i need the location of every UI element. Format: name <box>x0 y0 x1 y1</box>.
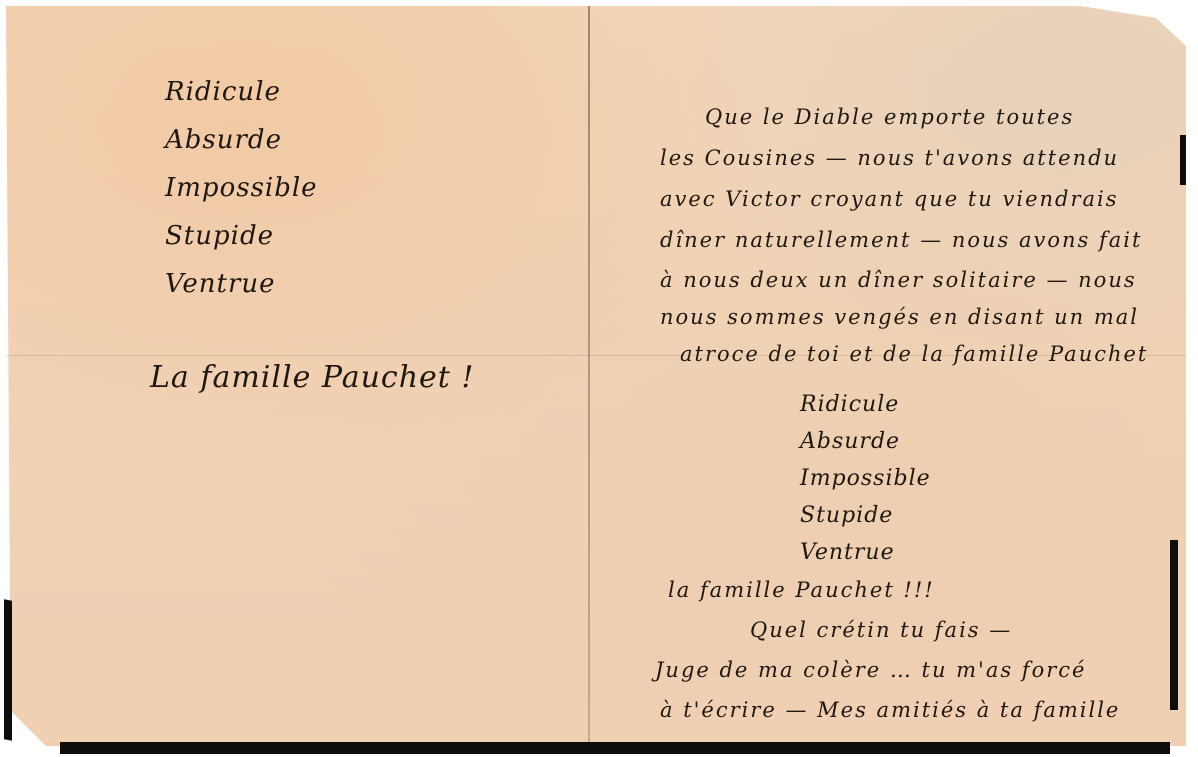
right-word: Ventrue <box>800 534 931 571</box>
left-word-list: Ridicule Absurde Impossible Stupide Vent… <box>165 68 318 308</box>
paragraph-line: avec Victor croyant que tu viendrais <box>660 187 1119 211</box>
scan-edge-right-top <box>1180 135 1186 185</box>
left-exclamation: La famille Pauchet ! <box>150 360 474 395</box>
right-word: Ridicule <box>800 386 931 423</box>
paragraph-line: les Cousines — nous t'avons attendu <box>660 146 1119 170</box>
right-word: Absurde <box>800 423 931 460</box>
left-word: Impossible <box>165 164 318 212</box>
paragraph-line: dîner naturellement — nous avons fait <box>660 228 1142 252</box>
left-word: Absurde <box>165 116 318 164</box>
paragraph-line: atroce de toi et de la famille Pauchet <box>680 342 1148 366</box>
scan-edge-left <box>4 599 12 740</box>
paragraph-line: Que le Diable emporte toutes <box>705 105 1074 129</box>
right-word-list: Ridicule Absurde Impossible Stupide Vent… <box>800 386 931 571</box>
right-word: Impossible <box>800 460 931 497</box>
paragraph-line: à nous deux un dîner solitaire — nous <box>660 268 1137 292</box>
closing-line: Juge de ma colère … tu m'as forcé <box>655 658 1086 682</box>
right-word: Stupide <box>800 497 931 534</box>
left-word: Stupide <box>165 212 318 260</box>
closing-line: Quel crétin tu fais — <box>750 618 1012 642</box>
vertical-fold-crease <box>588 6 590 746</box>
left-word: Ridicule <box>165 68 318 116</box>
closing-line: la famille Pauchet !!! <box>668 578 935 602</box>
closing-line: à t'écrire — Mes amitiés à ta famille <box>660 698 1120 722</box>
left-word: Ventrue <box>165 260 318 308</box>
scan-edge-right <box>1170 540 1178 710</box>
scan-edge-bottom <box>60 742 1170 754</box>
paragraph-line: nous sommes vengés en disant un mal <box>660 305 1139 329</box>
